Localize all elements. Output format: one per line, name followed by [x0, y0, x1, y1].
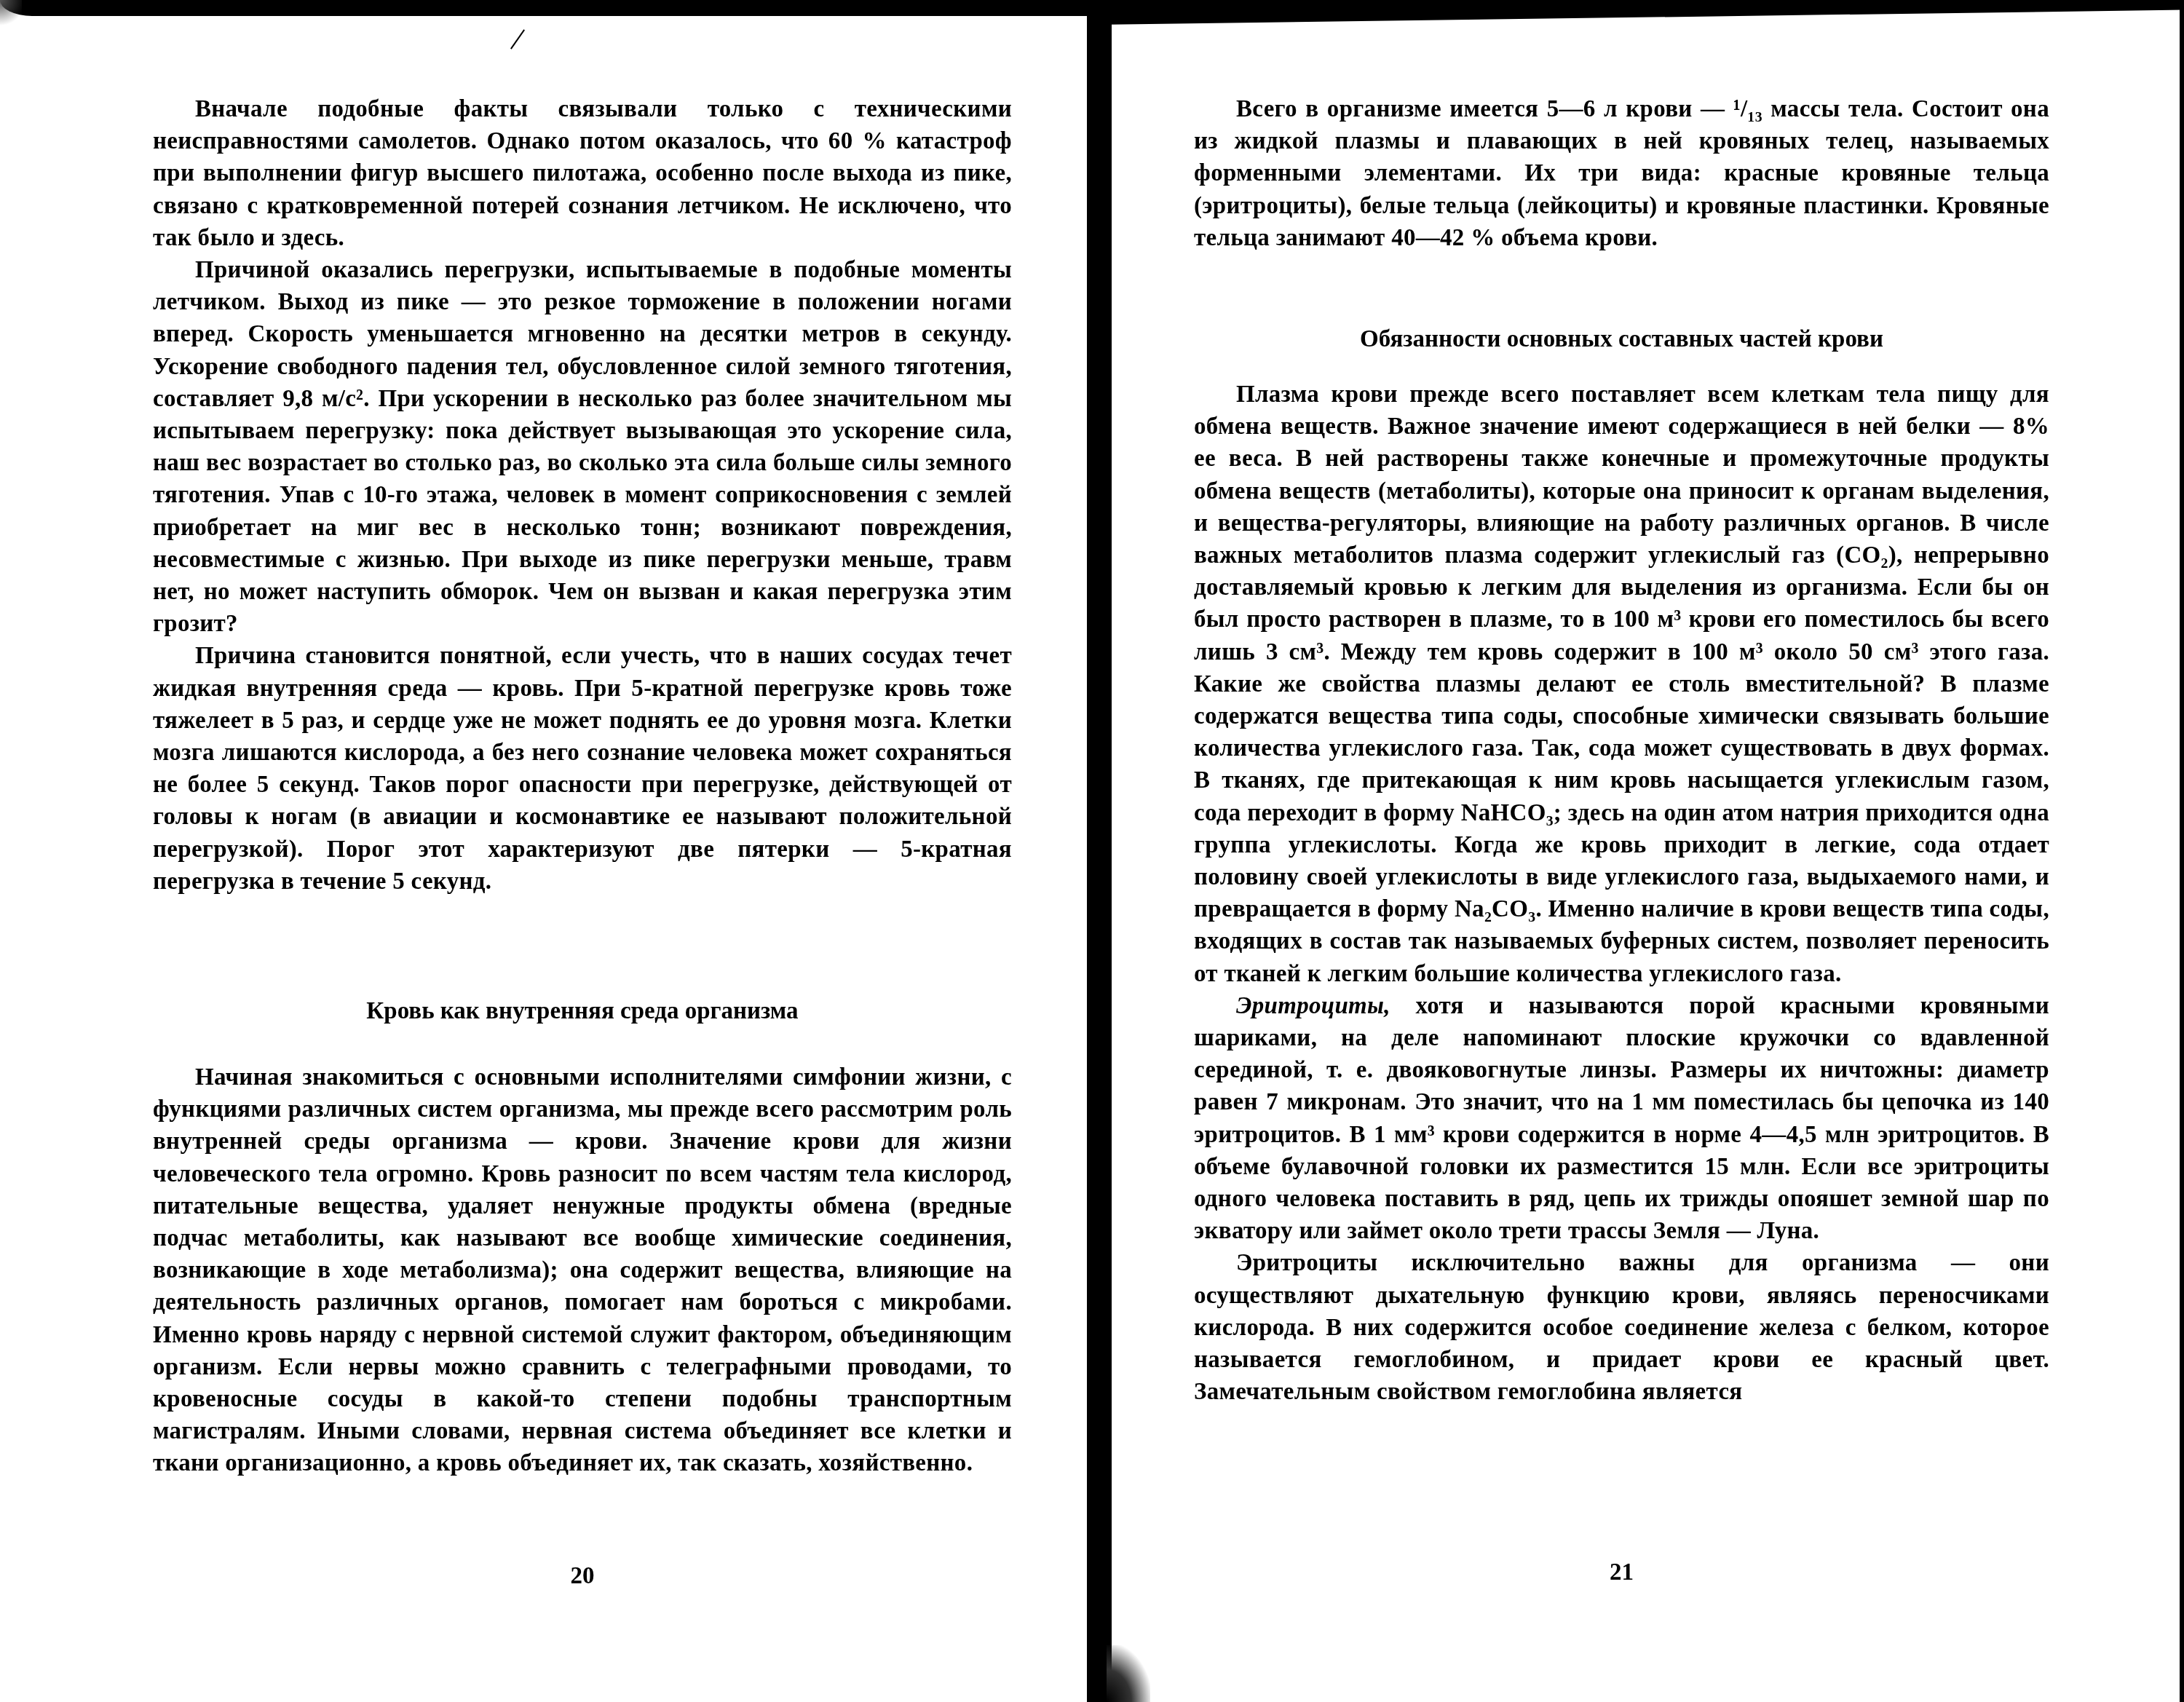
left-bottom-text: Начиная знакомиться с основными исполнит…	[153, 1061, 1012, 1480]
right-bottom-text: Плазма крови прежде всего поставляет все…	[1194, 379, 2049, 1409]
paragraph-text: хотя и называются порой красными кровяны…	[1194, 993, 2049, 1244]
paragraph: Всего в организме имеется 5—6 л крови — …	[1194, 93, 2049, 254]
paragraph: Начиная знакомиться с основными исполнит…	[153, 1061, 1012, 1480]
paragraph: Причиной оказались перегрузки, испытывае…	[153, 254, 1012, 640]
paragraph: Вначале подобные факты связывали только …	[153, 93, 1012, 254]
paragraph-erythrocytes: Эритроциты, хотя и называются порой крас…	[1194, 990, 2049, 1248]
scan-corner-smudge	[0, 0, 22, 29]
section-heading: Кровь как внутренняя среда организма	[153, 995, 1012, 1027]
section-heading: Обязанности основных составных частей кр…	[1194, 323, 2049, 355]
scan-border-right	[2180, 0, 2184, 1702]
paragraph: Причина становится понятной, если учесть…	[153, 640, 1012, 898]
right-page: Всего в организме имеется 5—6 л крови — …	[1194, 0, 2049, 1702]
left-top-text: Вначале подобные факты связывали только …	[153, 93, 1012, 898]
term-erythrocytes: Эритроциты,	[1236, 993, 1390, 1019]
paragraph: Эритроциты исключительно важны для орган…	[1194, 1247, 2049, 1408]
right-top-text: Всего в организме имеется 5—6 л крови — …	[1194, 93, 2049, 254]
book-spine	[1087, 0, 1112, 1702]
paragraph: Плазма крови прежде всего поставляет все…	[1194, 379, 2049, 990]
left-page: Вначале подобные факты связывали только …	[153, 0, 1012, 1702]
spine-smudge	[1107, 1645, 1150, 1702]
page-number: 21	[1194, 1559, 2049, 1586]
page-number: 20	[153, 1563, 1012, 1590]
